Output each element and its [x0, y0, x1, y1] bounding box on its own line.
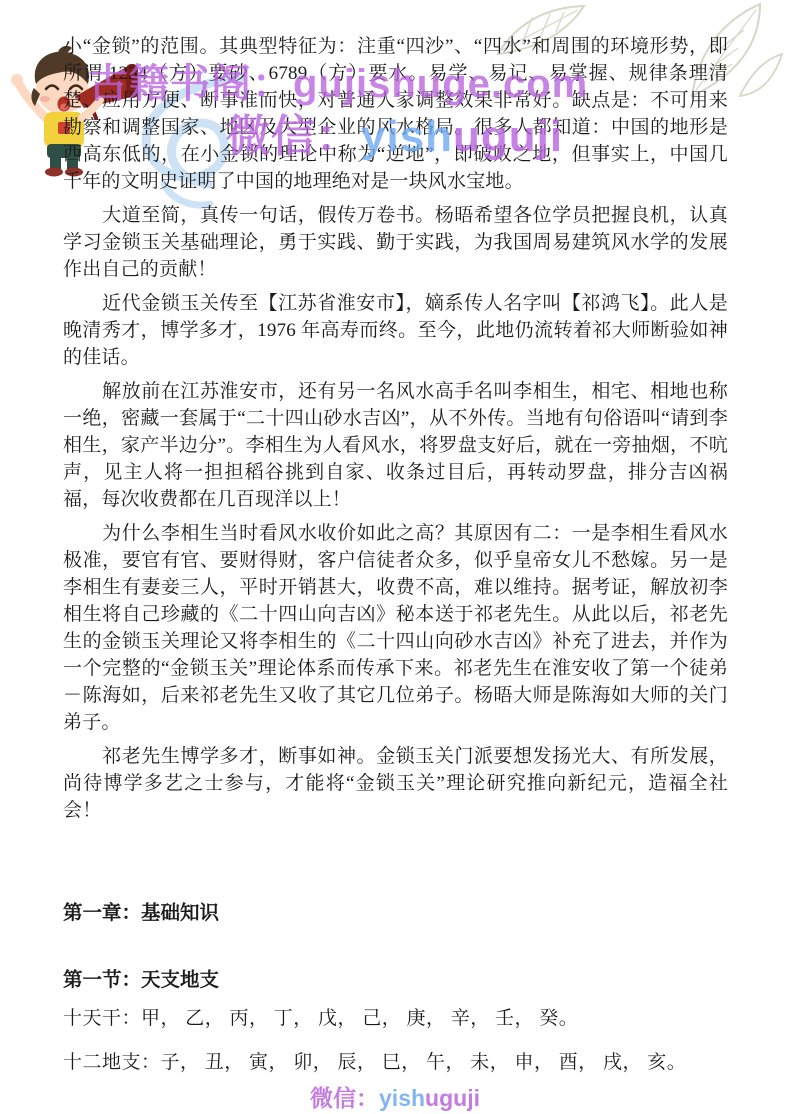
- bottom-watermark-id-blue: yish: [379, 1085, 425, 1111]
- paragraph: 为什么李相生当时看风水收价如此之高？其原因有二：一是李相生看风水极准，要官有官、…: [63, 520, 728, 736]
- paragraph: 大道至简，真传一句话，假传万卷书。杨晤希望各位学员把握良机，认真学习金锁玉关基础…: [63, 202, 728, 283]
- heavenly-stems-line: 十天干：甲， 乙， 丙， 丁， 戊， 己， 庚， 辛， 壬， 癸。: [63, 1005, 728, 1032]
- earthly-branches-line: 十二地支：子， 丑， 寅， 卯， 辰， 巳， 午， 未， 申， 酉， 戌， 亥。: [63, 1049, 728, 1076]
- chapter-heading: 第一章：基础知识: [63, 900, 728, 927]
- bottom-watermark-label: 微信：: [310, 1085, 379, 1111]
- document-page: 小“金锁”的范围。其典型特征为：注重“四沙”、“四水”和周围的环境形势，即所谓 …: [0, 0, 790, 1114]
- paragraph: 解放前在江苏淮安市，还有另一名风水高手名叫李相生，相宅、相地也称一绝，密藏一套属…: [63, 378, 728, 513]
- bottom-wechat-watermark: 微信：yishuguji: [310, 1080, 480, 1113]
- paragraph: 祁老先生博学多才，断事如神。金锁玉关门派要想发扬光大、有所发展，尚待博学多艺之士…: [63, 743, 728, 824]
- section-heading: 第一节：天支地支: [63, 967, 728, 994]
- paragraph: 小“金锁”的范围。其典型特征为：注重“四沙”、“四水”和周围的环境形势，即所谓 …: [63, 33, 728, 195]
- paragraph: 近代金锁玉关传至【江苏省淮安市】，嫡系传人名字叫【祁鸿飞】。此人是晚清秀才，博学…: [63, 290, 728, 371]
- bottom-watermark-id-purple: uguji: [425, 1085, 480, 1111]
- document-text-column: 小“金锁”的范围。其典型特征为：注重“四沙”、“四水”和周围的环境形势，即所谓 …: [63, 33, 728, 1076]
